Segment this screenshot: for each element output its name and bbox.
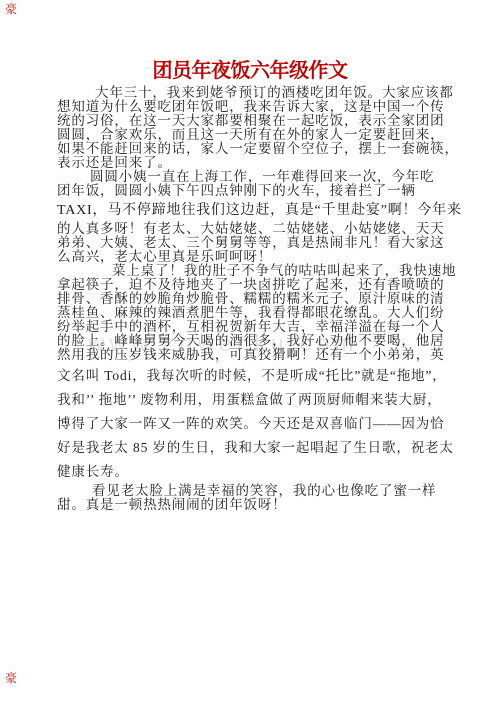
paragraph-block-todi-birthday: 文名叫 Todi，我每次听的时候，不是听成“托比”就是“拖地”，我和’’ 拖地’… bbox=[57, 364, 449, 484]
text-line: 团年饭，圆圆小姨下午四点钟刚下的火车，接着拦了一辆 bbox=[57, 184, 449, 198]
text-line: 圆圆小姨一直在上海工作，一年难得回来一次，今年吃 bbox=[57, 170, 449, 184]
text-line: 蒸桂鱼、麻辣的辣酒煮肥牛等，我看得都眼花缭乱。大人们纷 bbox=[57, 306, 449, 320]
text-line: 的人真多呀！有老太、大姑姥姥、二姑姥姥、小姑姥姥、天天 bbox=[57, 222, 449, 236]
paragraph-block-opening: 大年三十，我来到姥爷预订的酒楼吃团年饭。大家应该都想知道为什么要吃团年饭吧，我来… bbox=[57, 86, 449, 198]
text-line: 然用我的压岁钱来威胁我，可真狡猾啊！还有一个小弟弟，英 bbox=[57, 348, 449, 362]
text-line: 甜。真是一顿热热闹闹的团年饭呀！ bbox=[57, 498, 449, 512]
text-line: 拿起筷子，迫不及待地夹了一块卤拼吃了起来，还有香喷喷的 bbox=[57, 278, 449, 292]
taxi-text-line: TAXI，马不停蹄地往我们这边赶，真是“千里赴宴”啊！今年来 bbox=[57, 202, 449, 219]
paragraph-block-closing: 看见老太脸上满是幸福的笑容，我的心也像吃了蜜一样甜。真是一顿热热闹闹的团年饭呀！ bbox=[57, 484, 449, 512]
text-line: 排骨、香酥的妙脆角炒脆骨、糯糯的糯米元子、原汁原味的清 bbox=[57, 292, 449, 306]
text-line: 我和’’ 拖地’’ 废物利用，用蛋糕盒做了两顶厨师帽来装大厨， bbox=[57, 388, 449, 412]
text-line: 统的习俗，在这一天大家都要相聚在一起吃饭，表示全家团团 bbox=[57, 114, 449, 128]
text-line: 大年三十，我来到姥爷预订的酒楼吃团年饭。大家应该都 bbox=[57, 86, 449, 100]
text-line: 如果不能赶回来的话，家人一定要留个空位子，摆上一套碗筷， bbox=[57, 142, 449, 156]
text-line: 纷举起手中的酒杯，互相祝贺新年大吉，幸福洋溢在每一个人 bbox=[57, 320, 449, 334]
text-line: 博得了大家一阵又一阵的欢笑。今天还是双喜临门——因为恰 bbox=[57, 412, 449, 436]
corner-logo-glyph-top: 豪 bbox=[5, 3, 17, 15]
text-line: 好是我老太 85 岁的生日，我和大家一起唱起了生日歌，祝老太 bbox=[57, 436, 449, 460]
document-page: 豪 团员年夜饭六年级作文 www.znwenku.com 大年三十，我来到姥爷预… bbox=[0, 0, 500, 708]
text-line: 看见老太脸上满是幸福的笑容，我的心也像吃了蜜一样 bbox=[57, 484, 449, 498]
corner-logo-glyph-bottom: 豪 bbox=[5, 672, 17, 684]
text-line: 表示还是回来了。 bbox=[57, 156, 449, 170]
text-line: 想知道为什么要吃团年饭吧，我来告诉大家，这是中国一个传 bbox=[57, 100, 449, 114]
text-line: 健康长寿。 bbox=[57, 460, 449, 484]
text-line: 弟弟、大姨、老太、三个舅舅等等，真是热闹非凡！看大家这 bbox=[57, 236, 449, 250]
paragraph-block-dinner: 的人真多呀！有老太、大姑姥姥、二姑姥姥、小姑姥姥、天天弟弟、大姨、老太、三个舅舅… bbox=[57, 222, 449, 362]
essay-title: 团员年夜饭六年级作文 bbox=[0, 54, 500, 83]
text-line: 的脸上。峰峰舅舅今天喝的酒很多，我好心劝他不要喝，他居 bbox=[57, 334, 449, 348]
essay-body: 大年三十，我来到姥爷预订的酒楼吃团年饭。大家应该都想知道为什么要吃团年饭吧，我来… bbox=[57, 86, 449, 512]
text-line: 么高兴，老太心里真是乐呵呵呀！ bbox=[57, 250, 449, 264]
text-line: 圆圆，合家欢乐，而且这一天所有在外的家人一定要赶回来， bbox=[57, 128, 449, 142]
text-line: 文名叫 Todi，我每次听的时候，不是听成“托比”就是“拖地”， bbox=[57, 364, 449, 388]
text-line: 菜上桌了！我的肚子不争气的咕咕叫起来了，我快速地 bbox=[57, 264, 449, 278]
